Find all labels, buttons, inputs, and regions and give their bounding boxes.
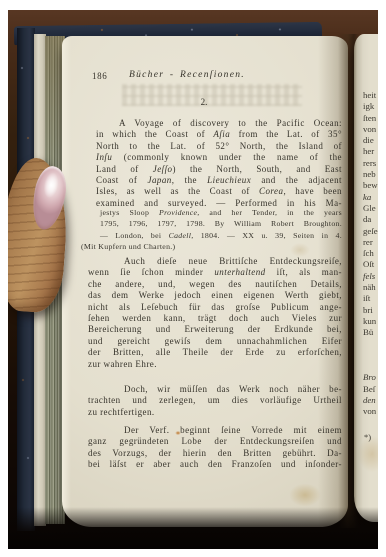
footnote-mark: *)	[364, 432, 371, 442]
section-number: 2.	[96, 97, 312, 107]
right-page: heitigkſtenvondieherrersnebbewkaGledageſ…	[354, 34, 378, 522]
title-block: A Voyage of discovery to the Pacific Oce…	[96, 118, 342, 209]
bottom-shadow	[8, 507, 378, 549]
paragraph: Der Verf. beginnt ſeine Vorrede mit eine…	[88, 425, 342, 471]
nail-highlight	[42, 171, 61, 199]
paragraph: Doch, wir müſſen das Werk noch näher be-…	[88, 384, 342, 418]
photo-frame: { "colors": { "paper": "#e7e2d3", "cover…	[0, 0, 386, 557]
running-head: Bücher - Recenſionen.	[102, 70, 272, 80]
right-page-text-fragments: heitigkſtenvondieherrersnebbewkaGledageſ…	[363, 90, 378, 418]
photo: 186 Bücher - Recenſionen. 2. A Voyage of…	[8, 10, 378, 549]
citation-block: jestys Sloop Providence, and her Tender,…	[100, 208, 342, 253]
left-page: 186 Bücher - Recenſionen. 2. A Voyage of…	[62, 36, 348, 527]
paragraph: Auch dieſe neue Brittiſche Entdeckungsre…	[88, 256, 342, 370]
